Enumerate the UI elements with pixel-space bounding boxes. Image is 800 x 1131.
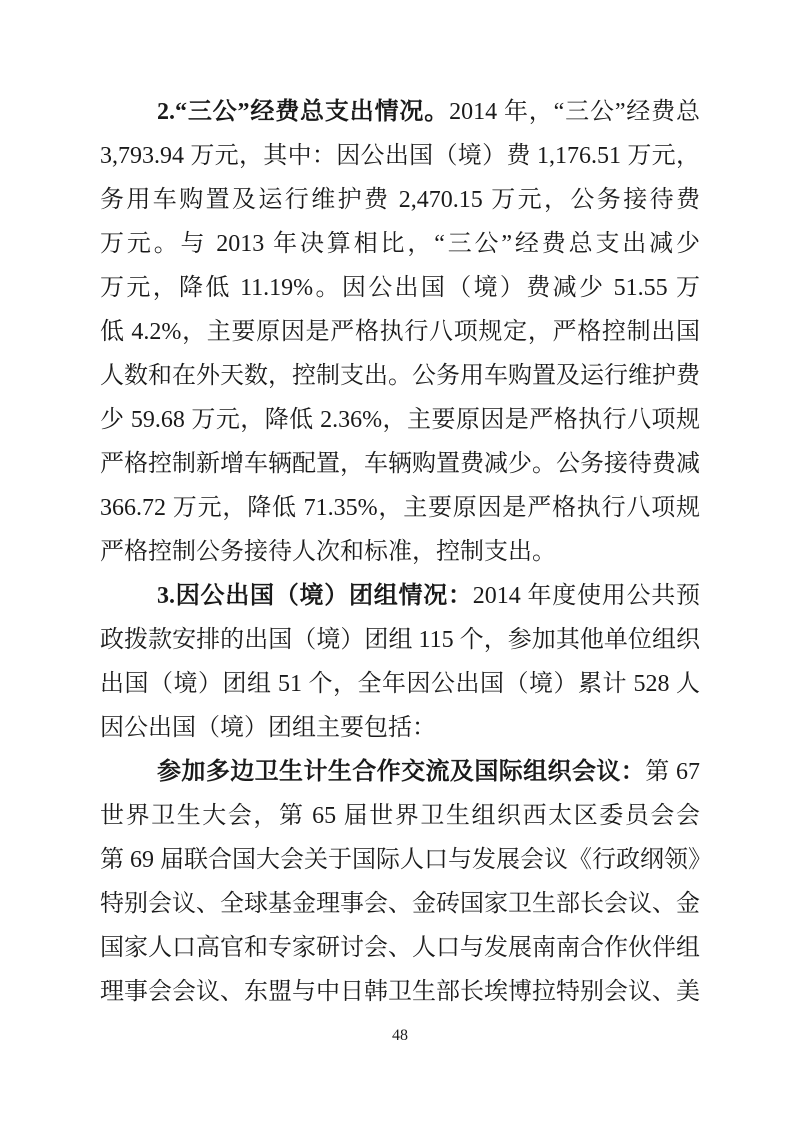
body-text: 特别会议、全球基金理事会、金砖国家卫生部长会议、金砖	[100, 891, 700, 926]
text-line: 2.“三公”经费总支出情况。2014 年，“三公”经费总支出	[100, 90, 700, 134]
text-line: 人数和在外天数，控制支出。公务用车购置及运行维护费减	[100, 354, 700, 398]
text-line: 严格控制公务接待人次和标准，控制支出。	[100, 530, 700, 574]
body-text: 3,793.94 万元，其中：因公出国（境）费 1,176.51 万元，公	[100, 143, 700, 178]
body-text: 人数和在外天数，控制支出。公务用车购置及运行维护费减	[100, 363, 700, 398]
text-line: 务用车购置及运行维护费 2,470.15 万元，公务接待费 147.27	[100, 178, 700, 222]
text-line: 严格控制新增车辆配置，车辆购置费减少。公务接待费减少	[100, 442, 700, 486]
body-text: 严格控制新增车辆配置，车辆购置费减少。公务接待费减少	[100, 451, 700, 486]
document-body: 2.“三公”经费总支出情况。2014 年，“三公”经费总支出3,793.94 万…	[100, 90, 700, 1014]
text-line: 政拨款安排的出国（境）团组 115 个，参加其他单位组织的	[100, 618, 700, 662]
text-line: 366.72 万元，降低 71.35%，主要原因是严格执行八项规定，	[100, 486, 700, 530]
text-line: 特别会议、全球基金理事会、金砖国家卫生部长会议、金砖	[100, 882, 700, 926]
document-page: 2.“三公”经费总支出情况。2014 年，“三公”经费总支出3,793.94 万…	[0, 0, 800, 1131]
text-line: 参加多边卫生计生合作交流及国际组织会议：第 67 届	[100, 750, 700, 794]
body-text: 万元。与 2013 年决算相比，“三公”经费总支出减少 477.94	[100, 231, 700, 266]
text-line: 3,793.94 万元，其中：因公出国（境）费 1,176.51 万元，公	[100, 134, 700, 178]
text-line: 万元。与 2013 年决算相比，“三公”经费总支出减少 477.94	[100, 222, 700, 266]
body-text: 少 59.68 万元，降低 2.36%，主要原因是严格执行八项规定，	[100, 407, 700, 442]
text-line: 出国（境）团组 51 个，全年因公出国（境）累计 528 人次。	[100, 662, 700, 706]
body-text: 366.72 万元，降低 71.35%，主要原因是严格执行八项规定，	[100, 495, 700, 530]
text-line: 3.因公出国（境）团组情况：2014 年度使用公共预算财	[100, 574, 700, 618]
heading-text: 2.“三公”经费总支出情况。	[157, 99, 449, 125]
body-text: 政拨款安排的出国（境）团组 115 个，参加其他单位组织的	[100, 627, 700, 662]
body-text: 国家人口高官和专家研讨会、人口与发展南南合作伙伴组织	[100, 935, 700, 970]
body-text: 低 4.2%，主要原因是严格执行八项规定，严格控制出国团组	[100, 319, 700, 354]
heading-text: 3.因公出国（境）团组情况：	[157, 583, 473, 609]
body-text: 世界卫生大会，第 65 届世界卫生组织西太区委员会会议、	[100, 803, 700, 838]
text-line: 理事会会议、东盟与中日韩卫生部长埃博拉特别会议、美国	[100, 970, 700, 1014]
body-text: 理事会会议、东盟与中日韩卫生部长埃博拉特别会议、美国	[100, 979, 700, 1014]
body-text: 因公出国（境）团组主要包括：	[100, 715, 436, 741]
text-line: 世界卫生大会，第 65 届世界卫生组织西太区委员会会议、	[100, 794, 700, 838]
body-text: 严格控制公务接待人次和标准，控制支出。	[100, 539, 556, 565]
text-line: 国家人口高官和专家研讨会、人口与发展南南合作伙伴组织	[100, 926, 700, 970]
text-line: 第 69 届联合国大会关于国际人口与发展会议《行政纲领》	[100, 838, 700, 882]
text-line: 万元，降低 11.19%。因公出国（境）费减少 51.55 万元，降	[100, 266, 700, 310]
body-text: 务用车购置及运行维护费 2,470.15 万元，公务接待费 147.27	[100, 187, 700, 222]
heading-text: 参加多边卫生计生合作交流及国际组织会议：	[157, 759, 645, 785]
page-number: 48	[0, 1027, 800, 1045]
body-text: 万元，降低 11.19%。因公出国（境）费减少 51.55 万元，降	[100, 275, 700, 310]
body-text: 第 69 届联合国大会关于国际人口与发展会议《行政纲领》	[100, 847, 700, 873]
text-line: 因公出国（境）团组主要包括：	[100, 706, 700, 750]
text-line: 低 4.2%，主要原因是严格执行八项规定，严格控制出国团组	[100, 310, 700, 354]
text-line: 少 59.68 万元，降低 2.36%，主要原因是严格执行八项规定，	[100, 398, 700, 442]
body-text: 出国（境）团组 51 个，全年因公出国（境）累计 528 人次。	[100, 671, 700, 706]
